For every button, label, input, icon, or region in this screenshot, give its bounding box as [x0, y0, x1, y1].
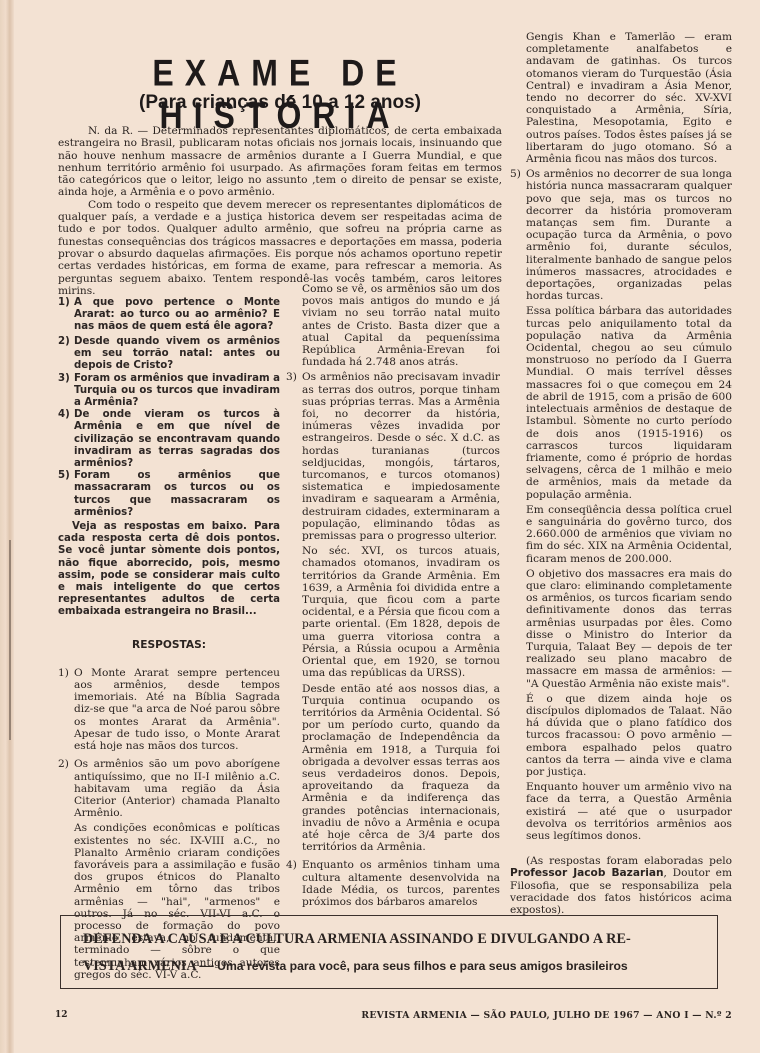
column-2: Como se vê, os armênios são um dos povos…	[286, 295, 500, 914]
page-edge	[0, 0, 14, 1053]
editor-note: N. da R. — Determinados representantes d…	[58, 125, 502, 297]
promo-line-1: DEFENDA A CAUSA E A CULTURA ARMENIA ASSI…	[83, 931, 703, 948]
page-subtitle: (Para crianças de 10 a 12 anos)	[60, 92, 500, 114]
question-item: 1)A que povo pertence o Monte Ararat: ao…	[58, 297, 280, 334]
column-3: Gengis Khan e Tamerlão — eram completame…	[510, 31, 732, 927]
intro-paragraph: N. da R. — Determinados representantes d…	[58, 125, 502, 199]
answers-heading: RESPOSTAS:	[58, 639, 280, 651]
instructions: Veja as respostas em baixo. Para cada re…	[58, 521, 280, 619]
question-item: 2)Desde quando vivem os armênios em seu …	[58, 336, 280, 373]
question-item: 3)Foram os armênios que invadiram a Turq…	[58, 373, 280, 410]
promo-line-2: VISTA ARMENIA — Uma revista para você, p…	[83, 958, 703, 975]
promo-tagline: Uma revista para você, para seus filhos …	[217, 959, 628, 973]
page-number: 12	[55, 1010, 68, 1020]
answers-credit: (As respostas foram elaboradas pelo Prof…	[510, 855, 732, 916]
answer-item: 4) Enquanto os armênios tinham uma cultu…	[286, 859, 500, 911]
answer-continuation: Gengis Khan e Tamerlão — eram completame…	[510, 31, 732, 165]
answer-continuation: Como se vê, os armênios são um dos povos…	[286, 283, 500, 368]
subscription-promo-box: DEFENDA A CAUSA E A CULTURA ARMENIA ASSI…	[60, 915, 718, 989]
question-item: 5)Foram os armênios que massacraram os t…	[58, 470, 280, 519]
answer-item: 3) Os armênios não precisavam invadir as…	[286, 371, 500, 856]
answer-item: 1) O Monte Ararat sempre pertenceu aos a…	[58, 667, 280, 755]
answer-item: 5) Os armênios no decorrer de sua longa …	[510, 168, 732, 845]
publication-info: REVISTA ARMENIA — SÃO PAULO, JULHO DE 19…	[361, 1010, 732, 1021]
question-item: 4)De onde vieram os turcos à Armênia e e…	[58, 409, 280, 470]
column-1-content: 1)A que povo pertence o Monte Ararat: ao…	[58, 324, 280, 984]
author-name: Professor Jacob Bazarian	[510, 867, 664, 879]
